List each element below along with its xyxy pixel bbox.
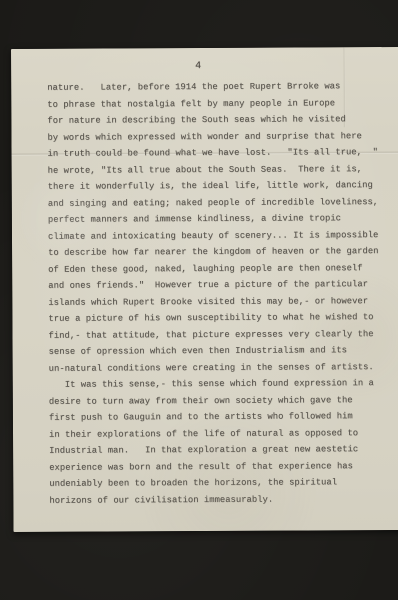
typewritten-line: It was this sense,- this sense which fou… [49,375,397,393]
typewritten-line: first push to Gauguin and to the artists… [49,408,397,426]
typewritten-line: sense of opression which even then Indus… [49,342,397,360]
photo-frame: 4 nature. Later, before 1914 the poet Ru… [0,0,398,600]
typewritten-line: perfect manners and immense kindliness, … [48,210,396,228]
typewritten-line: desire to turn away from their own socie… [49,391,397,409]
page-number: 4 [11,60,386,73]
typewritten-line: for nature in describing the South seas … [47,111,395,129]
typewritten-line: he wrote, "Its all true about the South … [48,160,396,178]
typewritten-line: undeniably been to broaden the horizons,… [49,474,397,492]
typewritten-text-block: nature. Later, before 1914 the poet Rupe… [47,78,397,509]
typewritten-line: Industrial man. In that exploration a gr… [49,441,397,459]
typewritten-line: horizons of our civilisation immeasurabl… [49,490,397,508]
document-page: 4 nature. Later, before 1914 the poet Ru… [11,47,398,532]
typewritten-line: climate and intoxicating beauty of scene… [48,226,396,244]
typewritten-line: by words which expressed with wonder and… [47,127,395,145]
typewritten-line: to describe how far nearer the kingdom o… [48,243,396,261]
typewritten-line: in their explorations of the life of nat… [49,424,397,442]
typewritten-line: un-natural conditions were creating in t… [49,358,397,376]
typewritten-line: and ones friends." However true a pictur… [48,276,396,294]
typewritten-line: there it wonderfully is, the ideal life,… [48,177,396,195]
typewritten-line: nature. Later, before 1914 the poet Rupe… [47,78,395,96]
typewritten-line: in truth could be found what we have los… [48,144,396,162]
typewritten-line: experience was born and the result of th… [49,457,397,475]
typewritten-line: islands which Rupert Brooke visited this… [48,292,396,310]
typewritten-line: to phrase that nostalgia felt by many pe… [47,94,395,112]
typewritten-line: and singing and eating; naked people of … [48,193,396,211]
typewritten-line: true a picture of his own susceptibility… [48,309,396,327]
typewritten-line: of Eden these good, naked, laughing peop… [48,259,396,277]
typewritten-line: find,- that attitude, that picture expre… [48,325,396,343]
